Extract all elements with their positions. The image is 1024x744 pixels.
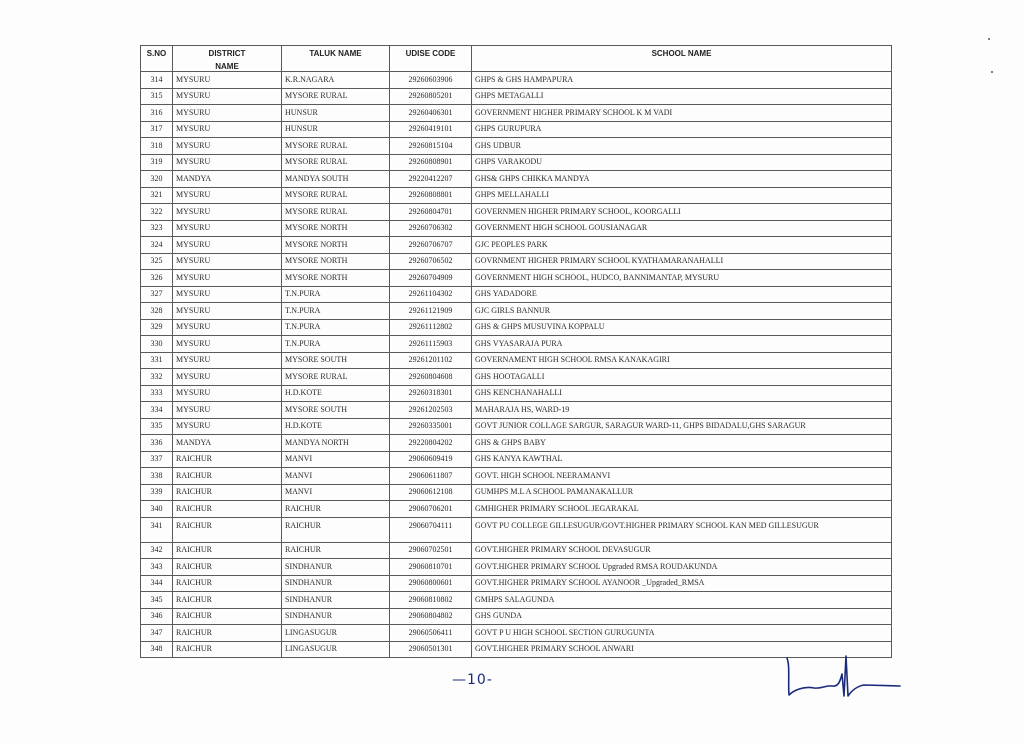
cell-school-name: GHS UDBUR	[472, 138, 892, 155]
table-row: 332MYSURUMYSORE RURAL29260804608GHS HOOT…	[141, 369, 892, 386]
cell-udise: 29260704909	[390, 270, 472, 287]
cell-taluk: SINDHANUR	[282, 592, 390, 609]
cell-udise: 29060810701	[390, 559, 472, 576]
table-row: 329MYSURUT.N.PURA29261112802GHS & GHPS M…	[141, 319, 892, 336]
cell-school-name: GOVERNAMENT HIGH SCHOOL RMSA KANAKAGIRI	[472, 352, 892, 369]
cell-sno: 338	[141, 468, 173, 485]
cell-district: RAICHUR	[173, 559, 282, 576]
cell-district: RAICHUR	[173, 451, 282, 468]
cell-udise: 29060506411	[390, 625, 472, 642]
cell-taluk: RAICHUR	[282, 517, 390, 542]
table-row: 346RAICHURSINDHANUR29060804802GHS GUNDA	[141, 608, 892, 625]
cell-district: MYSURU	[173, 352, 282, 369]
cell-sno: 316	[141, 105, 173, 122]
cell-taluk: MYSORE RURAL	[282, 88, 390, 105]
cell-school-name: GUMHPS M.L A SCHOOL PAMANAKALLUR	[472, 484, 892, 501]
cell-sno: 342	[141, 542, 173, 559]
cell-udise: 29060702501	[390, 542, 472, 559]
table-header-row: S.NO DISTRICT NAME TALUK NAME UDISE CODE…	[141, 46, 892, 72]
cell-school-name: MAHARAJA HS, WARD-19	[472, 402, 892, 419]
cell-sno: 336	[141, 435, 173, 452]
cell-district: RAICHUR	[173, 484, 282, 501]
cell-district: MYSURU	[173, 253, 282, 270]
cell-sno: 337	[141, 451, 173, 468]
table-row: 322MYSURUMYSORE RURAL29260804701GOVERNME…	[141, 204, 892, 221]
cell-sno: 319	[141, 154, 173, 171]
header-taluk: TALUK NAME	[282, 46, 390, 72]
table-row: 341RAICHURRAICHUR29060704111GOVT PU COLL…	[141, 517, 892, 542]
table-row: 335MYSURUH.D.KOTE29260335001GOVT JUNIOR …	[141, 418, 892, 435]
table-row: 326MYSURUMYSORE NORTH29260704909GOVERNME…	[141, 270, 892, 287]
cell-district: MYSURU	[173, 72, 282, 89]
cell-taluk: MANDYA SOUTH	[282, 171, 390, 188]
table-row: 327MYSURUT.N.PURA29261104302 GHS YADADOR…	[141, 286, 892, 303]
cell-udise: 29060810802	[390, 592, 472, 609]
signature-drawing	[780, 652, 920, 702]
cell-taluk: MYSORE RURAL	[282, 187, 390, 204]
cell-udise: 29260706707	[390, 237, 472, 254]
table-row: 338RAICHURMANVI29060611807GOVT. HIGH SCH…	[141, 468, 892, 485]
cell-sno: 335	[141, 418, 173, 435]
cell-school-name: GHS VYASARAJA PURA	[472, 336, 892, 353]
cell-sno: 340	[141, 501, 173, 518]
cell-udise: 29060804802	[390, 608, 472, 625]
header-district-line2: NAME	[173, 62, 281, 71]
cell-udise: 29261201102	[390, 352, 472, 369]
cell-sno: 328	[141, 303, 173, 320]
cell-udise: 29060609419	[390, 451, 472, 468]
cell-sno: 344	[141, 575, 173, 592]
cell-taluk: MYSORE RURAL	[282, 154, 390, 171]
cell-district: RAICHUR	[173, 625, 282, 642]
scan-speck	[991, 71, 993, 73]
cell-district: RAICHUR	[173, 468, 282, 485]
cell-district: MYSURU	[173, 237, 282, 254]
cell-school-name: GHS KANYA KAWTHAL	[472, 451, 892, 468]
cell-sno: 343	[141, 559, 173, 576]
table-row: 343RAICHURSINDHANUR29060810701GOVT.HIGHE…	[141, 559, 892, 576]
cell-taluk: MYSORE NORTH	[282, 220, 390, 237]
table-body: 314MYSURUK.R.NAGARA29260603906GHPS & GHS…	[141, 72, 892, 658]
cell-school-name: GHPS VARAKODU	[472, 154, 892, 171]
cell-district: MYSURU	[173, 369, 282, 386]
table-row: 328MYSURUT.N.PURA29261121909GJC GIRLS BA…	[141, 303, 892, 320]
cell-sno: 320	[141, 171, 173, 188]
table-row: 316MYSURUHUNSUR29260406301GOVERNMENT HIG…	[141, 105, 892, 122]
cell-school-name: GOVT JUNIOR COLLAGE SARGUR, SARAGUR WARD…	[472, 418, 892, 435]
cell-udise: 29261115903	[390, 336, 472, 353]
table-row: 330MYSURUT.N.PURA29261115903GHS VYASARAJ…	[141, 336, 892, 353]
cell-taluk: K.R.NAGARA	[282, 72, 390, 89]
cell-sno: 321	[141, 187, 173, 204]
cell-school-name: GHS GUNDA	[472, 608, 892, 625]
table-row: 333MYSURUH.D.KOTE29260318301GHS KENCHANA…	[141, 385, 892, 402]
cell-udise: 29260804608	[390, 369, 472, 386]
cell-school-name: GHPS METAGALLI	[472, 88, 892, 105]
cell-district: MANDYA	[173, 435, 282, 452]
cell-school-name: GHS& GHPS CHIKKA MANDYA	[472, 171, 892, 188]
table-row: 331MYSURUMYSORE SOUTH29261201102GOVERNAM…	[141, 352, 892, 369]
cell-udise: 29060612108	[390, 484, 472, 501]
cell-udise: 29260603906	[390, 72, 472, 89]
cell-udise: 29060706201	[390, 501, 472, 518]
cell-udise: 29260706302	[390, 220, 472, 237]
cell-udise: 29260419101	[390, 121, 472, 138]
table-row: 318MYSURUMYSORE RURAL29260815104GHS UDBU…	[141, 138, 892, 155]
cell-school-name: GOVT P U HIGH SCHOOL SECTION GURUGUNTA	[472, 625, 892, 642]
cell-sno: 326	[141, 270, 173, 287]
cell-udise: 29260808801	[390, 187, 472, 204]
cell-district: MYSURU	[173, 105, 282, 122]
cell-udise: 29260808901	[390, 154, 472, 171]
cell-district: RAICHUR	[173, 641, 282, 658]
cell-district: MYSURU	[173, 286, 282, 303]
cell-school-name: GOVT. HIGH SCHOOL NEERAMANVI	[472, 468, 892, 485]
cell-taluk: T.N.PURA	[282, 319, 390, 336]
cell-taluk: SINDHANUR	[282, 608, 390, 625]
cell-sno: 341	[141, 517, 173, 542]
cell-udise: 29060704111	[390, 517, 472, 542]
table-row: 323MYSURUMYSORE NORTH29260706302GOVERNME…	[141, 220, 892, 237]
cell-taluk: RAICHUR	[282, 501, 390, 518]
cell-taluk: MYSORE SOUTH	[282, 402, 390, 419]
header-udise: UDISE CODE	[390, 46, 472, 72]
handwritten-signature-icon	[780, 652, 920, 707]
cell-udise: 29261121909	[390, 303, 472, 320]
cell-sno: 339	[141, 484, 173, 501]
school-list-table-container: S.NO DISTRICT NAME TALUK NAME UDISE CODE…	[140, 45, 891, 658]
cell-district: MYSURU	[173, 220, 282, 237]
cell-udise: 29260815104	[390, 138, 472, 155]
cell-sno: 329	[141, 319, 173, 336]
table-row: 315MYSURUMYSORE RURAL29260805201GHPS MET…	[141, 88, 892, 105]
table-row: 342RAICHURRAICHUR29060702501GOVT.HIGHER …	[141, 542, 892, 559]
cell-school-name: GOVERNMENT HIGHER PRIMARY SCHOOL K M VAD…	[472, 105, 892, 122]
cell-taluk: T.N.PURA	[282, 336, 390, 353]
header-district: DISTRICT NAME	[173, 46, 282, 72]
cell-taluk: MYSORE NORTH	[282, 237, 390, 254]
cell-school-name: GHPS GURUPURA	[472, 121, 892, 138]
cell-taluk: H.D.KOTE	[282, 385, 390, 402]
cell-school-name: GHS & GHPS MUSUVINA KOPPALU	[472, 319, 892, 336]
header-school: SCHOOL NAME	[472, 46, 892, 72]
cell-taluk: MANVI	[282, 468, 390, 485]
cell-udise: 29260805201	[390, 88, 472, 105]
cell-district: MYSURU	[173, 88, 282, 105]
cell-district: MYSURU	[173, 187, 282, 204]
page-number: —10-	[452, 672, 493, 688]
cell-sno: 334	[141, 402, 173, 419]
cell-taluk: MYSORE NORTH	[282, 253, 390, 270]
cell-taluk: HUNSUR	[282, 105, 390, 122]
cell-district: MYSURU	[173, 154, 282, 171]
cell-sno: 347	[141, 625, 173, 642]
table-row: 348RAICHURLINGASUGUR29060501301GOVT.HIGH…	[141, 641, 892, 658]
cell-sno: 315	[141, 88, 173, 105]
cell-udise: 29261112802	[390, 319, 472, 336]
cell-taluk: MANVI	[282, 484, 390, 501]
cell-udise: 29220412207	[390, 171, 472, 188]
cell-sno: 314	[141, 72, 173, 89]
cell-district: RAICHUR	[173, 542, 282, 559]
cell-udise: 29220804202	[390, 435, 472, 452]
cell-udise: 29260706502	[390, 253, 472, 270]
cell-sno: 327	[141, 286, 173, 303]
cell-sno: 345	[141, 592, 173, 609]
header-district-line1: DISTRICT	[209, 49, 246, 58]
cell-district: MYSURU	[173, 270, 282, 287]
cell-udise: 29060501301	[390, 641, 472, 658]
cell-school-name: GOVERNMEN HIGHER PRIMARY SCHOOL, KOORGAL…	[472, 204, 892, 221]
table-row: 320MANDYAMANDYA SOUTH29220412207GHS& GHP…	[141, 171, 892, 188]
cell-district: MYSURU	[173, 303, 282, 320]
cell-udise: 29260406301	[390, 105, 472, 122]
cell-taluk: MYSORE RURAL	[282, 138, 390, 155]
cell-district: MYSURU	[173, 204, 282, 221]
table-row: 314MYSURUK.R.NAGARA29260603906GHPS & GHS…	[141, 72, 892, 89]
cell-taluk: LINGASUGUR	[282, 641, 390, 658]
cell-district: MANDYA	[173, 171, 282, 188]
cell-sno: 317	[141, 121, 173, 138]
cell-taluk: HUNSUR	[282, 121, 390, 138]
cell-sno: 322	[141, 204, 173, 221]
school-list-table: S.NO DISTRICT NAME TALUK NAME UDISE CODE…	[140, 45, 892, 658]
cell-taluk: H.D.KOTE	[282, 418, 390, 435]
cell-taluk: MYSORE RURAL	[282, 369, 390, 386]
cell-district: MYSURU	[173, 319, 282, 336]
cell-district: MYSURU	[173, 418, 282, 435]
cell-school-name: GOVERNMENT HIGH SCHOOL, HUDCO, BANNIMANT…	[472, 270, 892, 287]
cell-school-name: GMHPS SALAGUNDA	[472, 592, 892, 609]
table-row: 334MYSURUMYSORE SOUTH29261202503MAHARAJA…	[141, 402, 892, 419]
cell-taluk: MYSORE RURAL	[282, 204, 390, 221]
cell-taluk: RAICHUR	[282, 542, 390, 559]
cell-school-name: GOVT.HIGHER PRIMARY SCHOOL AYANOOR _Upgr…	[472, 575, 892, 592]
cell-taluk: SINDHANUR	[282, 559, 390, 576]
cell-taluk: MYSORE NORTH	[282, 270, 390, 287]
cell-sno: 346	[141, 608, 173, 625]
cell-taluk: LINGASUGUR	[282, 625, 390, 642]
cell-school-name: GHPS & GHS HAMPAPURA	[472, 72, 892, 89]
cell-taluk: MANVI	[282, 451, 390, 468]
cell-school-name: GJC PEOPLES PARK	[472, 237, 892, 254]
cell-taluk: SINDHANUR	[282, 575, 390, 592]
cell-district: RAICHUR	[173, 501, 282, 518]
cell-district: RAICHUR	[173, 608, 282, 625]
cell-sno: 348	[141, 641, 173, 658]
cell-district: RAICHUR	[173, 517, 282, 542]
table-row: 344RAICHURSINDHANUR29060800601GOVT.HIGHE…	[141, 575, 892, 592]
cell-school-name: GOVERNMENT HIGH SCHOOL GOUSIANAGAR	[472, 220, 892, 237]
cell-udise: 29260804701	[390, 204, 472, 221]
cell-udise: 29261104302	[390, 286, 472, 303]
cell-udise: 29060611807	[390, 468, 472, 485]
cell-school-name: GHS KENCHANAHALLI	[472, 385, 892, 402]
cell-school-name: GMHIGHER PRIMARY SCHOOL JEGARAKAL	[472, 501, 892, 518]
table-row: 345RAICHURSINDHANUR29060810802GMHPS SALA…	[141, 592, 892, 609]
cell-school-name: GOVT.HIGHER PRIMARY SCHOOL DEVASUGUR	[472, 542, 892, 559]
table-row: 321MYSURUMYSORE RURAL29260808801GHPS MEL…	[141, 187, 892, 204]
table-row: 317MYSURUHUNSUR29260419101GHPS GURUPURA	[141, 121, 892, 138]
cell-district: MYSURU	[173, 385, 282, 402]
table-row: 340RAICHURRAICHUR29060706201GMHIGHER PRI…	[141, 501, 892, 518]
table-row: 324MYSURUMYSORE NORTH29260706707GJC PEOP…	[141, 237, 892, 254]
cell-sno: 330	[141, 336, 173, 353]
cell-district: MYSURU	[173, 121, 282, 138]
cell-sno: 324	[141, 237, 173, 254]
cell-school-name: GHS & GHPS BABY	[472, 435, 892, 452]
table-row: 336MANDYAMANDYA NORTH29220804202GHS & GH…	[141, 435, 892, 452]
cell-udise: 29260335001	[390, 418, 472, 435]
cell-school-name: GHPS MELLAHALLI	[472, 187, 892, 204]
cell-school-name: GOVRNMENT HIGHER PRIMARY SCHOOL KYATHAMA…	[472, 253, 892, 270]
cell-sno: 332	[141, 369, 173, 386]
cell-school-name: GHS HOOTAGALLI	[472, 369, 892, 386]
table-row: 325MYSURUMYSORE NORTH29260706502GOVRNMEN…	[141, 253, 892, 270]
cell-school-name: GJC GIRLS BANNUR	[472, 303, 892, 320]
cell-taluk: MYSORE SOUTH	[282, 352, 390, 369]
cell-district: MYSURU	[173, 336, 282, 353]
table-row: 337RAICHURMANVI29060609419GHS KANYA KAWT…	[141, 451, 892, 468]
table-row: 339RAICHURMANVI29060612108GUMHPS M.L A S…	[141, 484, 892, 501]
table-row: 347RAICHURLINGASUGUR29060506411GOVT P U …	[141, 625, 892, 642]
table-row: 319MYSURUMYSORE RURAL29260808901GHPS VAR…	[141, 154, 892, 171]
cell-school-name: GOVT PU COLLEGE GILLESUGUR/GOVT.HIGHER P…	[472, 517, 892, 542]
cell-udise: 29060800601	[390, 575, 472, 592]
scan-speck	[988, 38, 990, 40]
cell-district: MYSURU	[173, 402, 282, 419]
cell-school-name: GHS YADADORE	[472, 286, 892, 303]
cell-district: RAICHUR	[173, 592, 282, 609]
cell-district: MYSURU	[173, 138, 282, 155]
cell-sno: 333	[141, 385, 173, 402]
cell-taluk: T.N.PURA	[282, 286, 390, 303]
cell-sno: 318	[141, 138, 173, 155]
cell-district: RAICHUR	[173, 575, 282, 592]
cell-sno: 331	[141, 352, 173, 369]
cell-sno: 325	[141, 253, 173, 270]
cell-udise: 29261202503	[390, 402, 472, 419]
header-sno: S.NO	[141, 46, 173, 72]
cell-sno: 323	[141, 220, 173, 237]
cell-school-name: GOVT.HIGHER PRIMARY SCHOOL Upgraded RMSA…	[472, 559, 892, 576]
cell-taluk: T.N.PURA	[282, 303, 390, 320]
cell-udise: 29260318301	[390, 385, 472, 402]
cell-taluk: MANDYA NORTH	[282, 435, 390, 452]
